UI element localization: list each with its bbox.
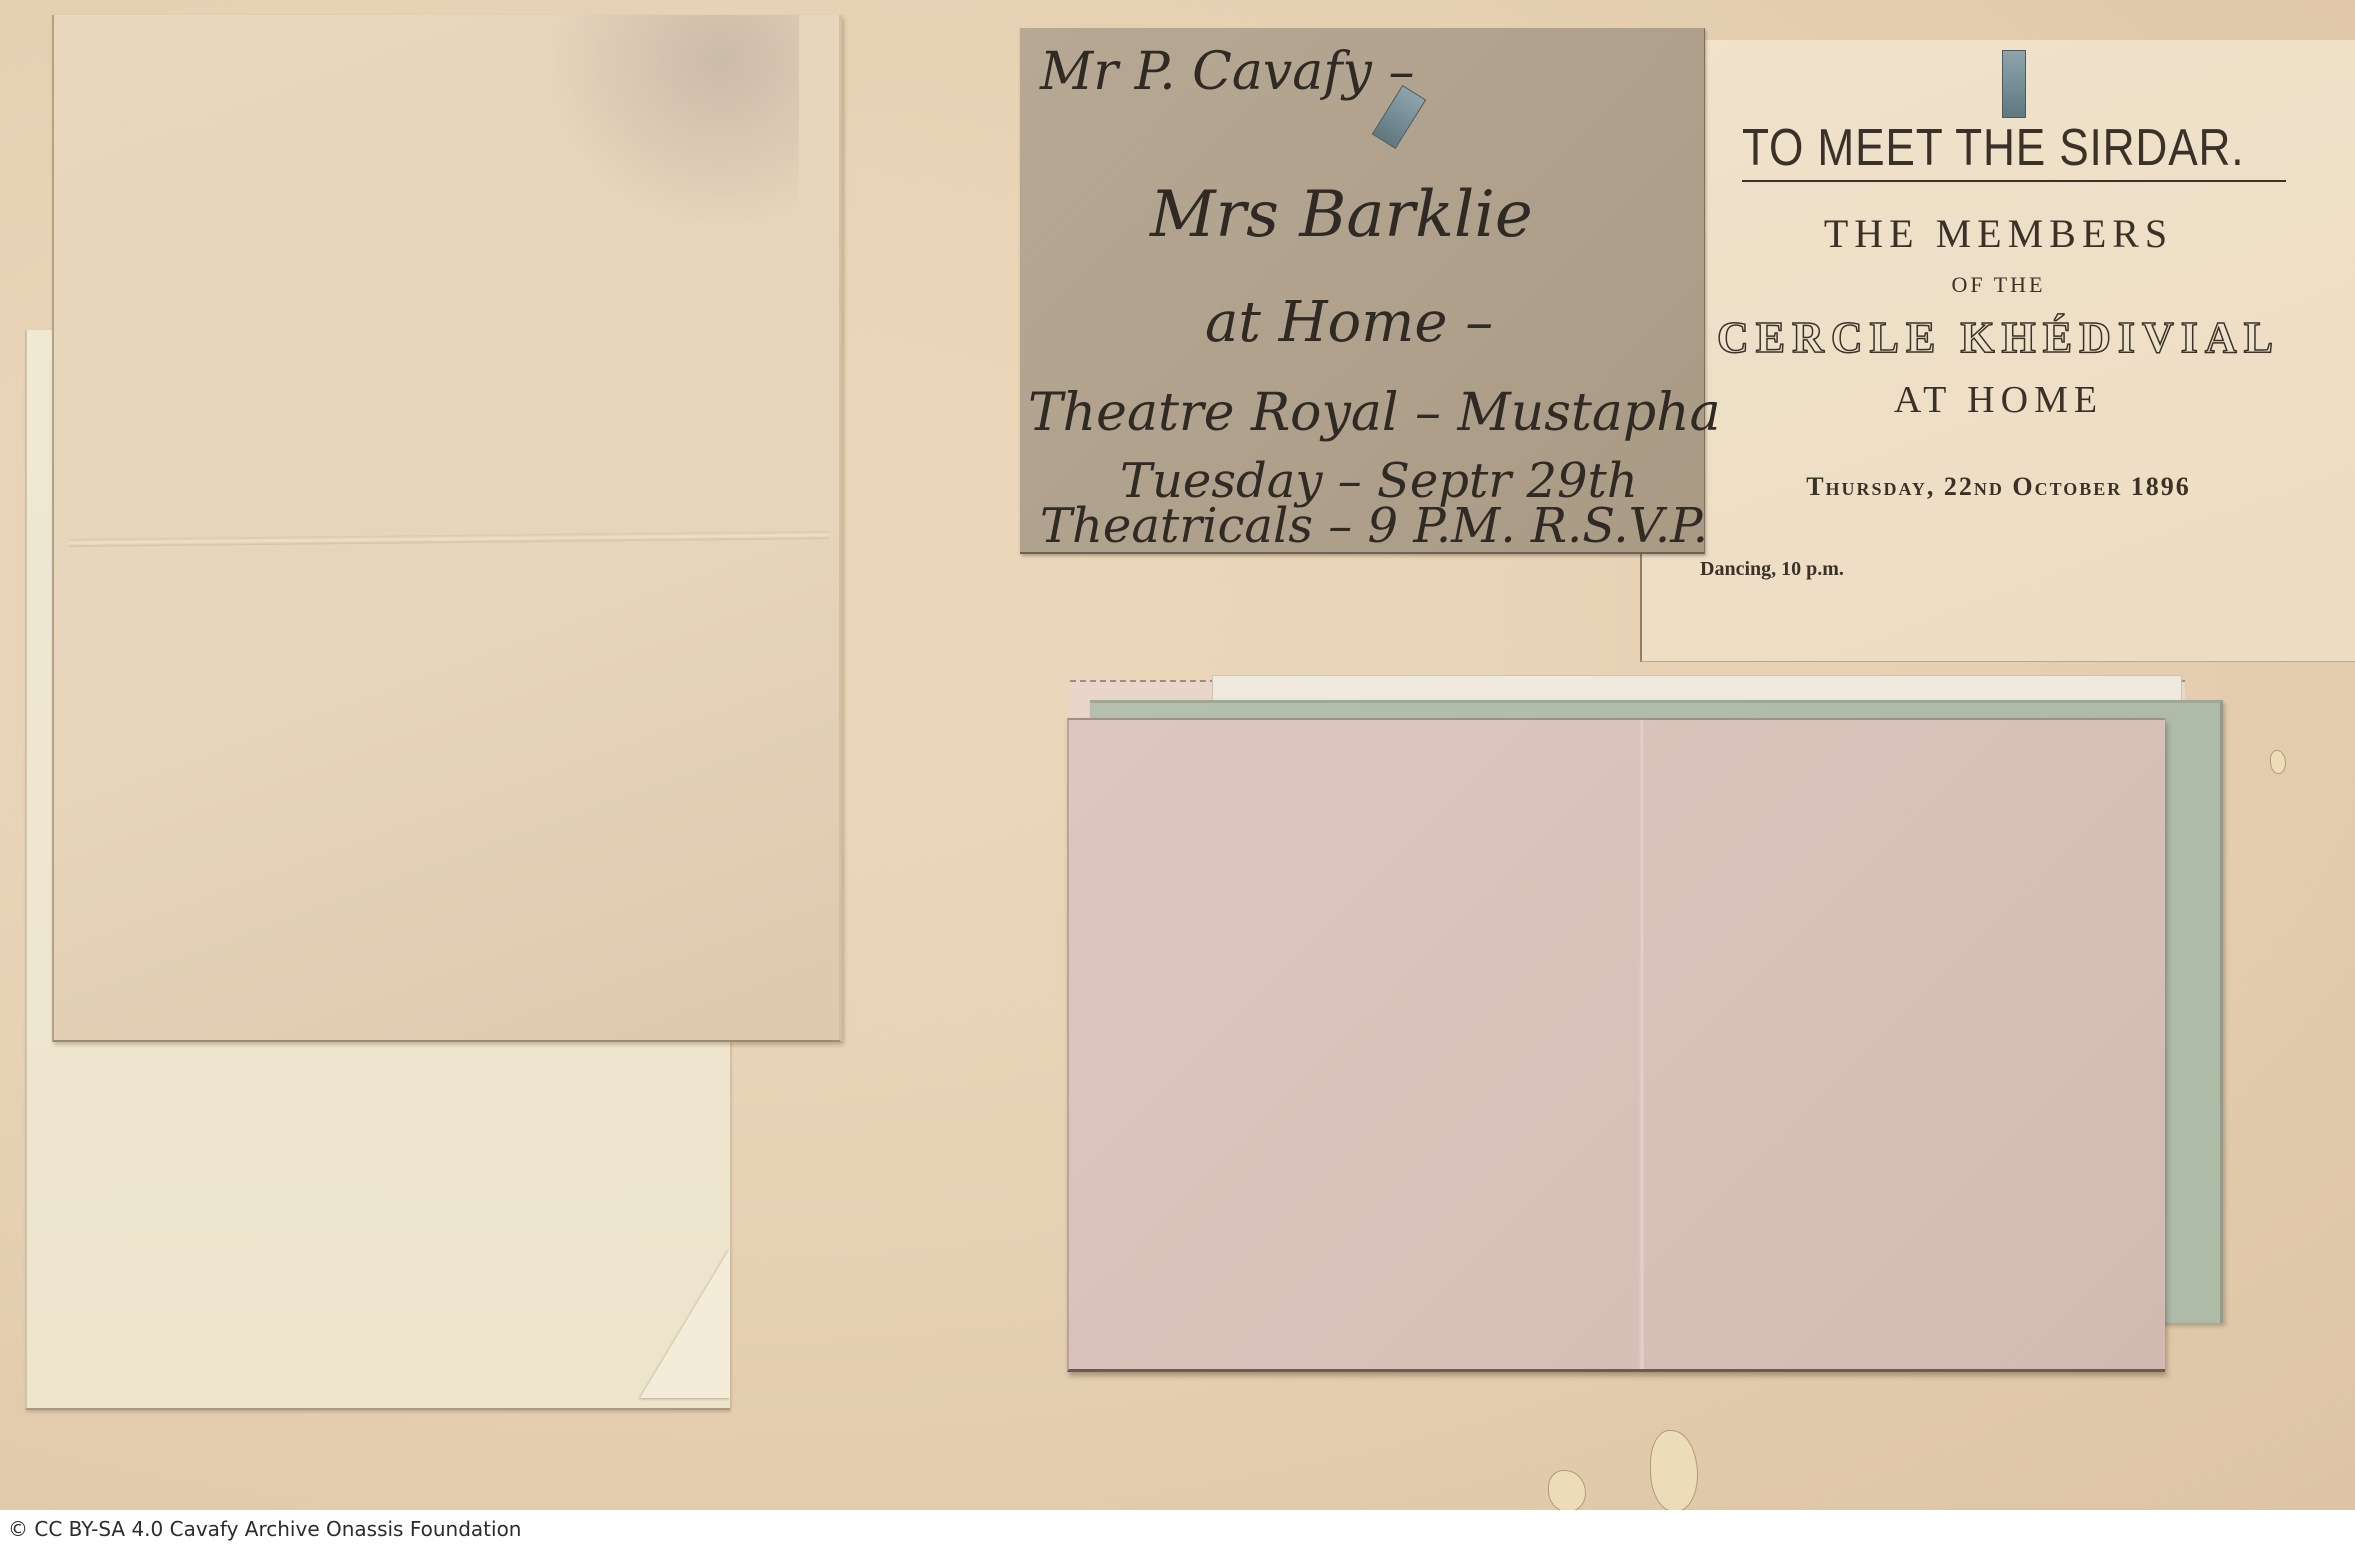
invitation-date: Thursday, 22nd October 1896	[1642, 472, 2355, 502]
paper-crease	[69, 531, 829, 547]
handwritten-invitation-card: Mr P. Cavafy – Mrs Barklie at Home – The…	[1020, 28, 1705, 554]
paper-crease	[1639, 720, 1645, 1369]
printed-invitation-card: TO MEET THE SIRDAR. THE MEMBERS OF THE C…	[1640, 40, 2355, 662]
copyright-credit: © CC BY-SA 4.0 Cavafy Archive Onassis Fo…	[8, 1517, 521, 1541]
mounting-tab-icon	[2002, 50, 2026, 118]
invitation-of-the: OF THE	[1642, 272, 2355, 298]
invitation-members: THE MEMBERS	[1642, 210, 2355, 257]
paper-tear	[2270, 750, 2286, 774]
paper-tear	[1650, 1430, 1698, 1510]
handwritten-line: at Home –	[1205, 290, 1493, 355]
invitation-club-name: CERCLE KHÉDIVIAL	[1642, 312, 2355, 363]
tan-folded-paper	[52, 15, 842, 1042]
album-page: TO MEET THE SIRDAR. THE MEMBERS OF THE C…	[0, 0, 2355, 1510]
handwritten-line: Theatre Royal – Mustapha	[1028, 383, 1721, 443]
invitation-dancing: Dancing, 10 p.m.	[1700, 558, 1844, 581]
invitation-at-home: AT HOME	[1642, 378, 2355, 422]
invitation-title: TO MEET THE SIRDAR.	[1742, 118, 2286, 182]
handwritten-line: Mrs Barklie	[1150, 178, 1533, 252]
handwritten-line: Mr P. Cavafy –	[1040, 42, 1414, 102]
handwritten-line: Theatricals – 9 P.M. R.S.V.P.	[1040, 498, 1708, 554]
pink-folded-paper	[1067, 718, 2165, 1372]
folded-corner	[640, 1248, 730, 1398]
paper-tear	[1548, 1470, 1586, 1510]
